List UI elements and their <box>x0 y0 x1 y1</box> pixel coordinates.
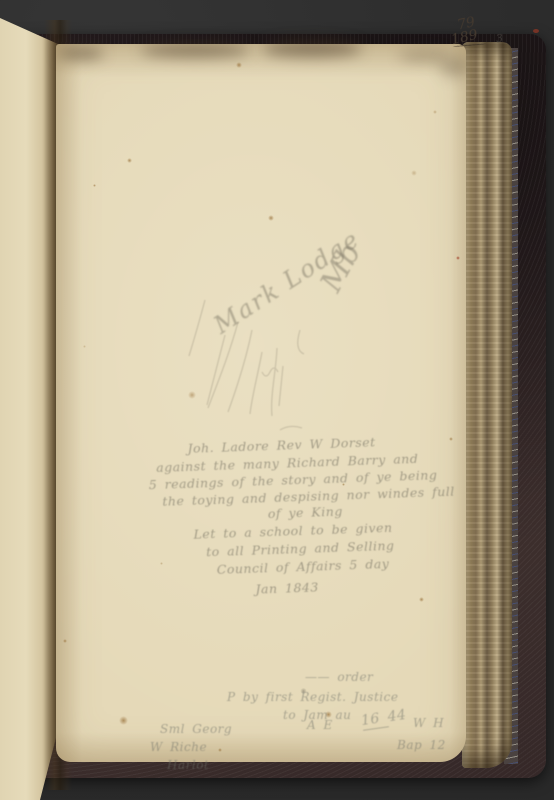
foxing-spot <box>433 110 437 114</box>
inscription-left-column-line: Sml Georg <box>160 722 232 736</box>
top-edge-smudge <box>140 44 250 57</box>
inscription-line: Jan 1843 <box>255 579 319 596</box>
foxing-spot <box>236 62 242 68</box>
manuscript-page <box>56 44 466 762</box>
book-photograph: 79 189 3 Mark Lodge Mb Joh. Ladore Rev W… <box>0 0 554 800</box>
inscription-amount-left: A E <box>307 718 333 732</box>
foxing-spot <box>456 256 460 260</box>
folio-numbers: 79 189 <box>447 15 486 49</box>
foxing-spot <box>119 716 128 725</box>
cover-corner-speck <box>533 29 539 33</box>
foxing-spot <box>411 170 417 176</box>
foxing-spot <box>63 639 67 643</box>
fore-edge-pages <box>462 42 512 768</box>
inscription-line: Council of Affairs 5 day <box>217 556 390 577</box>
top-edge-smudge <box>262 41 362 57</box>
inscription-right-column-line: Bap 12 <box>397 738 446 752</box>
inscription-order-line: —— order <box>305 670 373 684</box>
foxing-spot <box>127 158 132 163</box>
foxing-spot <box>83 345 86 348</box>
top-edge-smudge <box>440 56 470 78</box>
foxing-spot <box>93 184 96 187</box>
foxing-spot <box>188 391 196 399</box>
inscription-register-line: P by first Regist. Justice <box>227 690 398 704</box>
inscription-left-column-line: Harlot <box>167 758 209 772</box>
center-inscription: Joh. Ladore Rev W Dorset against the man… <box>137 426 463 607</box>
inscription-line: of ye King <box>268 504 343 522</box>
inscription-right-column-line: W H <box>413 716 444 730</box>
foxing-spot <box>268 215 274 221</box>
top-edge-smudge <box>58 48 104 59</box>
inscription-left-column-line: W Riche <box>150 740 207 754</box>
bottom-inscription: —— order P by first Regist. Justice to J… <box>135 662 475 782</box>
